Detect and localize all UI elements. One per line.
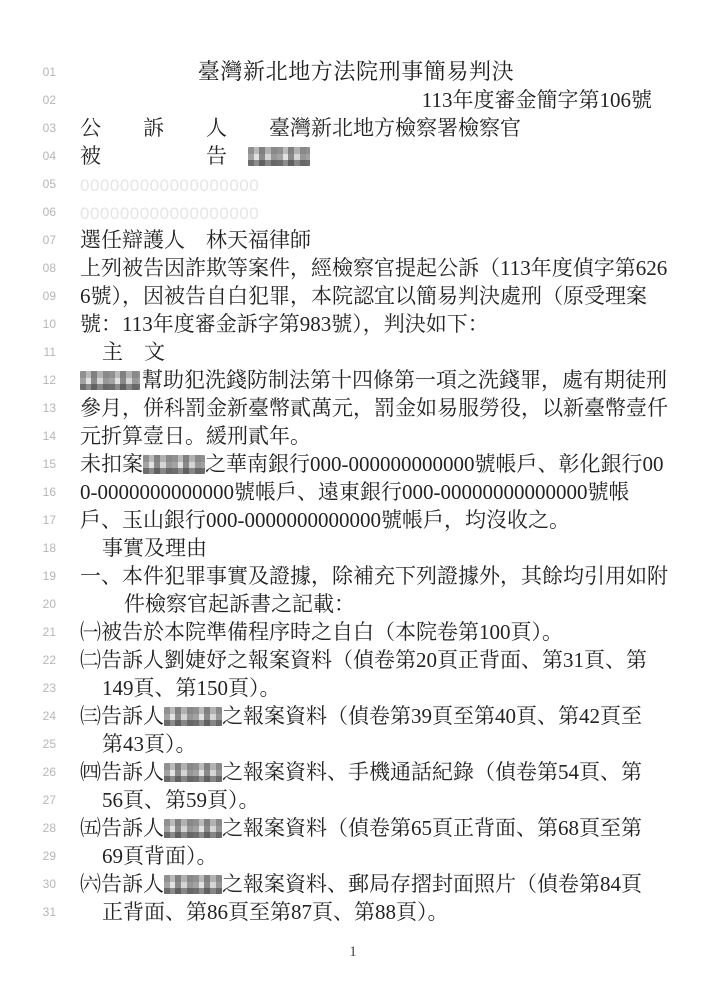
line-content: ㈣告訴人之報案資料、手機通話紀錄（偵卷第54頁、第 <box>80 758 652 786</box>
line-content: 113年度審金簡字第106號 <box>80 86 652 114</box>
doc-line: 096號），因被告自白犯罪，本院認宜以簡易判決處刑（原受理案 <box>0 282 706 310</box>
redacted-text <box>164 875 222 894</box>
line-number: 31 <box>34 898 56 926</box>
line-content: 號：113年度審金訴字第983號），判決如下： <box>80 310 652 338</box>
doc-line: 10號：113年度審金訴字第983號），判決如下： <box>0 310 706 338</box>
line-content: ㈠被告於本院準備程序時之自白（本院卷第100頁）。 <box>80 618 652 646</box>
text-run: 元折算壹日。緩刑貳年。 <box>80 424 311 448</box>
line-content: ㈥告訴人之報案資料、郵局存摺封面照片（偵卷第84頁 <box>80 870 652 898</box>
text-run: 號：113年度審金訴字第983號），判決如下： <box>80 312 489 336</box>
line-number: 07 <box>34 226 56 254</box>
line-content: 臺灣新北地方法院刑事簡易判決 <box>60 58 652 86</box>
line-content: 上列被告因詐欺等案件，經檢察官提起公訴（113年度偵字第626 <box>80 254 652 282</box>
text-run: 0-0000000000000號帳戶、遠東銀行000-0000000000000… <box>80 480 630 504</box>
doc-line: 25第43頁）。 <box>0 730 706 758</box>
text-run: 之報案資料、手機通話紀錄（偵卷第54頁、第 <box>222 760 642 784</box>
line-content: 6號），因被告自白犯罪，本院認宜以簡易判決處刑（原受理案 <box>80 282 652 310</box>
line-content: 149頁、第150頁）。 <box>80 674 674 702</box>
ghost-zeros: 000000000000000000 <box>80 204 259 223</box>
doc-line: 2969頁背面）。 <box>0 842 706 870</box>
line-number: 15 <box>34 450 56 478</box>
text-run: 臺灣新北地方法院刑事簡易判決 <box>198 59 514 84</box>
line-content: 正背面、第86頁至第87頁、第88頁）。 <box>80 898 674 926</box>
line-number: 29 <box>34 842 56 870</box>
line-number: 21 <box>34 618 56 646</box>
text-run: 選任辯護人 林天福律師 <box>80 228 311 252</box>
text-run: ㈢告訴人 <box>80 704 164 728</box>
text-run: 事實及理由 <box>102 536 207 560</box>
text-run: 一、本件犯罪事實及證據，除補充下列證據外，其餘均引用如附 <box>80 564 668 588</box>
line-number: 08 <box>34 254 56 282</box>
line-content: 0-0000000000000號帳戶、遠東銀行000-0000000000000… <box>80 478 652 506</box>
text-run: ㈣告訴人 <box>80 760 164 784</box>
prosecutor-line: 03公 訴 人 臺灣新北地方檢察署檢察官 <box>0 114 706 142</box>
case-number: 02113年度審金簡字第106號 <box>0 86 706 114</box>
line-number: 17 <box>34 506 56 534</box>
line-content: 參月，併科罰金新臺幣貳萬元，罰金如易服勞役，以新臺幣壹仟 <box>80 394 652 422</box>
line-number: 25 <box>34 730 56 758</box>
text-run: 公 訴 人 臺灣新北地方檢察署檢察官 <box>80 116 521 140</box>
text-run: 之華南銀行000-000000000000號帳戶、彰化銀行00 <box>205 452 664 476</box>
line-number: 27 <box>34 786 56 814</box>
text-run: 149頁、第150頁）。 <box>102 676 281 700</box>
line-number: 05 <box>34 170 56 198</box>
doc-line: 19一、本件犯罪事實及證據，除補充下列證據外，其餘均引用如附 <box>0 562 706 590</box>
redacted-text <box>80 371 140 390</box>
doc-line: 17戶、玉山銀行000-0000000000000號帳戶，均沒收之。 <box>0 506 706 534</box>
doc-line: 13參月，併科罰金新臺幣貳萬元，罰金如易服勞役，以新臺幣壹仟 <box>0 394 706 422</box>
line-number: 03 <box>34 114 56 142</box>
text-run: 之報案資料（偵卷第39頁至第40頁、第42頁至 <box>222 704 642 728</box>
doc-line: 26㈣告訴人之報案資料、手機通話紀錄（偵卷第54頁、第 <box>0 758 706 786</box>
text-run: 件檢察官起訴書之記載： <box>124 592 355 616</box>
doc-line: 31正背面、第86頁至第87頁、第88頁）。 <box>0 898 706 926</box>
redacted-text <box>248 147 310 166</box>
main-text-heading: 11主 文 <box>0 338 706 366</box>
text-run: 參月，併科罰金新臺幣貳萬元，罰金如易服勞役，以新臺幣壹仟 <box>80 396 668 420</box>
facts-heading: 18事實及理由 <box>0 534 706 562</box>
doc-line: 30㈥告訴人之報案資料、郵局存摺封面照片（偵卷第84頁 <box>0 870 706 898</box>
line-number: 10 <box>34 310 56 338</box>
doc-line: 160-0000000000000號帳戶、遠東銀行000-00000000000… <box>0 478 706 506</box>
text-run: 第43頁）。 <box>102 732 197 756</box>
line-content: 戶、玉山銀行000-0000000000000號帳戶，均沒收之。 <box>80 506 652 534</box>
page-number: 1 <box>0 944 706 961</box>
line-number: 02 <box>34 86 56 114</box>
line-number: 01 <box>34 58 56 86</box>
text-run: 正背面、第86頁至第87頁、第88頁）。 <box>102 900 449 924</box>
line-content: 69頁背面）。 <box>80 842 674 870</box>
text-run: ㈡告訴人劉婕妤之報案資料（偵卷第20頁正背面、第31頁、第 <box>80 648 647 672</box>
doc-line: 2756頁、第59頁）。 <box>0 786 706 814</box>
doc-line: 22㈡告訴人劉婕妤之報案資料（偵卷第20頁正背面、第31頁、第 <box>0 646 706 674</box>
line-number: 11 <box>34 338 56 366</box>
text-run: 主 文 <box>102 340 165 364</box>
line-content: 未扣案之華南銀行000-000000000000號帳戶、彰化銀行00 <box>80 450 652 478</box>
line-content: 主 文 <box>80 338 674 366</box>
line-content: 選任辯護人 林天福律師 <box>80 226 652 254</box>
doc-line: 12幫助犯洗錢防制法第十四條第一項之洗錢罪，處有期徒刑 <box>0 366 706 394</box>
redacted-address-line: 06000000000000000000 <box>0 198 706 226</box>
doc-line: 24㈢告訴人之報案資料（偵卷第39頁至第40頁、第42頁至 <box>0 702 706 730</box>
line-number: 24 <box>34 702 56 730</box>
line-number: 19 <box>34 562 56 590</box>
line-number: 22 <box>34 646 56 674</box>
text-run: ㈠被告於本院準備程序時之自白（本院卷第100頁）。 <box>80 620 563 644</box>
redacted-address-line: 05000000000000000000 <box>0 170 706 198</box>
text-run: 被 告 <box>80 144 248 168</box>
text-run: 上列被告因詐欺等案件，經檢察官提起公訴（113年度偵字第626 <box>80 256 667 280</box>
line-number: 28 <box>34 814 56 842</box>
line-number: 04 <box>34 142 56 170</box>
line-number: 16 <box>34 478 56 506</box>
judgment-page: 01臺灣新北地方法院刑事簡易判決02113年度審金簡字第106號03公 訴 人 … <box>0 0 706 1000</box>
text-run: 56頁、第59頁）。 <box>102 788 260 812</box>
text-run: 之報案資料、郵局存摺封面照片（偵卷第84頁 <box>222 872 642 896</box>
line-number: 30 <box>34 870 56 898</box>
text-run: 幫助犯洗錢防制法第十四條第一項之洗錢罪，處有期徒刑 <box>142 368 667 392</box>
line-content: 56頁、第59頁）。 <box>80 786 674 814</box>
line-content: 事實及理由 <box>80 534 674 562</box>
text-run: 未扣案 <box>80 452 143 476</box>
text-run: 69頁背面）。 <box>102 844 218 868</box>
doc-line: 14元折算壹日。緩刑貳年。 <box>0 422 706 450</box>
line-number: 09 <box>34 282 56 310</box>
line-number: 18 <box>34 534 56 562</box>
line-number: 26 <box>34 758 56 786</box>
line-content: 000000000000000000 <box>80 198 652 226</box>
line-content: 一、本件犯罪事實及證據，除補充下列證據外，其餘均引用如附 <box>80 562 652 590</box>
text-run: 113年度審金簡字第106號 <box>422 88 652 112</box>
line-content: 000000000000000000 <box>80 170 652 198</box>
line-content: ㈢告訴人之報案資料（偵卷第39頁至第40頁、第42頁至 <box>80 702 652 730</box>
line-number: 12 <box>34 366 56 394</box>
line-content: 被 告 <box>80 142 652 170</box>
line-content: 件檢察官起訴書之記載： <box>80 590 696 618</box>
text-run: 6號），因被告自白犯罪，本院認宜以簡易判決處刑（原受理案 <box>80 284 647 308</box>
text-run: 戶、玉山銀行000-0000000000000號帳戶，均沒收之。 <box>80 508 570 532</box>
doc-line: 21㈠被告於本院準備程序時之自白（本院卷第100頁）。 <box>0 618 706 646</box>
line-content: 元折算壹日。緩刑貳年。 <box>80 422 652 450</box>
redacted-text <box>143 455 205 474</box>
line-number: 14 <box>34 422 56 450</box>
ghost-zeros: 000000000000000000 <box>80 176 259 195</box>
redacted-text <box>164 707 222 726</box>
line-number: 23 <box>34 674 56 702</box>
line-content: 幫助犯洗錢防制法第十四條第一項之洗錢罪，處有期徒刑 <box>80 366 652 394</box>
defendant-line: 04被 告 <box>0 142 706 170</box>
line-content: ㈤告訴人之報案資料（偵卷第65頁正背面、第68頁至第 <box>80 814 652 842</box>
text-run: 之報案資料（偵卷第65頁正背面、第68頁至第 <box>222 816 642 840</box>
line-content: ㈡告訴人劉婕妤之報案資料（偵卷第20頁正背面、第31頁、第 <box>80 646 652 674</box>
line-content: 公 訴 人 臺灣新北地方檢察署檢察官 <box>80 114 652 142</box>
redacted-text <box>164 819 222 838</box>
line-content: 第43頁）。 <box>80 730 674 758</box>
line-number: 13 <box>34 394 56 422</box>
line-number: 06 <box>34 198 56 226</box>
doc-line: 20件檢察官起訴書之記載： <box>0 590 706 618</box>
doc-line: 23149頁、第150頁）。 <box>0 674 706 702</box>
defense-counsel-line: 07選任辯護人 林天福律師 <box>0 226 706 254</box>
doc-line: 08上列被告因詐欺等案件，經檢察官提起公訴（113年度偵字第626 <box>0 254 706 282</box>
document-title: 01臺灣新北地方法院刑事簡易判決 <box>0 58 706 86</box>
text-run: ㈥告訴人 <box>80 872 164 896</box>
line-number: 20 <box>34 590 56 618</box>
text-run: ㈤告訴人 <box>80 816 164 840</box>
doc-line: 28㈤告訴人之報案資料（偵卷第65頁正背面、第68頁至第 <box>0 814 706 842</box>
doc-line: 15未扣案之華南銀行000-000000000000號帳戶、彰化銀行00 <box>0 450 706 478</box>
redacted-text <box>164 763 222 782</box>
